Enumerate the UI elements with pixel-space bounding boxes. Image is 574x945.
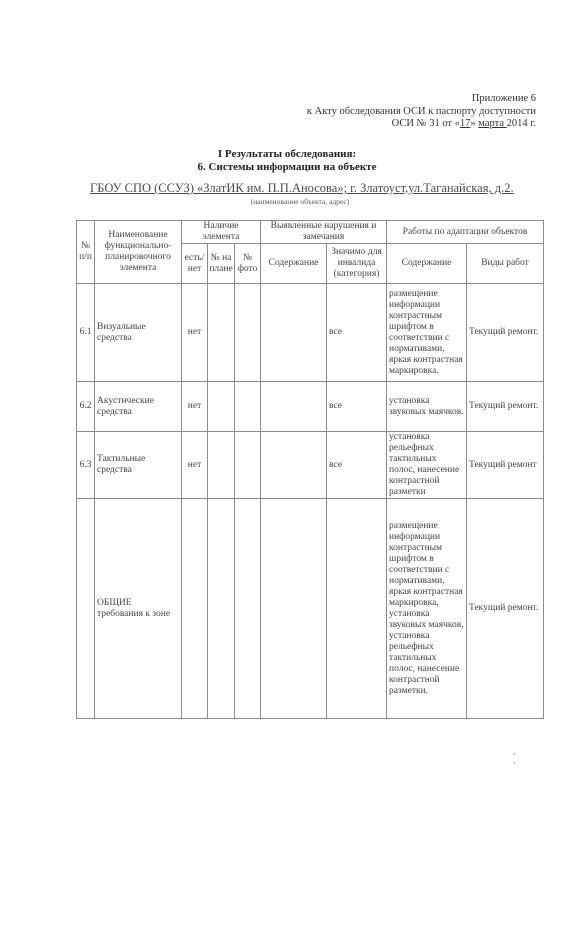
- header-works-types: Виды работ: [467, 244, 544, 284]
- header-violations-content: Содержание: [261, 244, 327, 284]
- heading-line2: 6. Системы информации на объекте: [0, 161, 574, 174]
- header-num: № п/п: [77, 221, 95, 284]
- table-row: 6.1 Визуальные средства нет все размещен…: [77, 284, 544, 382]
- header-works: Работы по адаптации объектов: [387, 221, 544, 244]
- appendix-line3: ОСИ № 31 от «17» марта 2014 г.: [307, 118, 536, 131]
- appendix-line2: к Акту обследования ОСИ к паспорту досту…: [307, 106, 536, 119]
- appendix-note: Приложение 6 к Акту обследования ОСИ к п…: [307, 93, 536, 131]
- section-heading: I Результаты обследования: 6. Системы ин…: [0, 148, 574, 173]
- heading-line1: I Результаты обследования:: [0, 148, 574, 161]
- appendix-day: 17: [460, 118, 471, 129]
- header-name: Наименование функционально-планировочног…: [95, 221, 182, 284]
- header-presence-plan: № на плане: [208, 244, 235, 284]
- table-row: 6.3 Тактильные средства нет все установк…: [77, 432, 544, 499]
- table-row: 6.2 Акустические средства нет все устано…: [77, 382, 544, 432]
- header-presence-photo: № фото: [235, 244, 261, 284]
- appendix-month: марта: [478, 118, 506, 129]
- object-caption: (наименование объекта, адрес): [90, 197, 510, 206]
- header-violations-significant: Значимо для инвалида (категория): [327, 244, 387, 284]
- object-name: ГБОУ СПО (ССУЗ) «ЗлатИК им. П.П.Аносова»…: [90, 181, 510, 196]
- header-presence-yes-no: есть/ нет: [182, 244, 208, 284]
- header-violations: Выявленные нарушения и замечания: [261, 221, 387, 244]
- header-presence: Наличие элемента: [182, 221, 261, 244]
- appendix-line1: Приложение 6: [307, 93, 536, 106]
- table-row: ОБЩИЕ требования к зоне размещение инфор…: [77, 499, 544, 719]
- header-works-content: Содержание: [387, 244, 467, 284]
- scan-mark: ••: [513, 750, 521, 768]
- results-table: № п/п Наименование функционально-планиро…: [76, 220, 544, 719]
